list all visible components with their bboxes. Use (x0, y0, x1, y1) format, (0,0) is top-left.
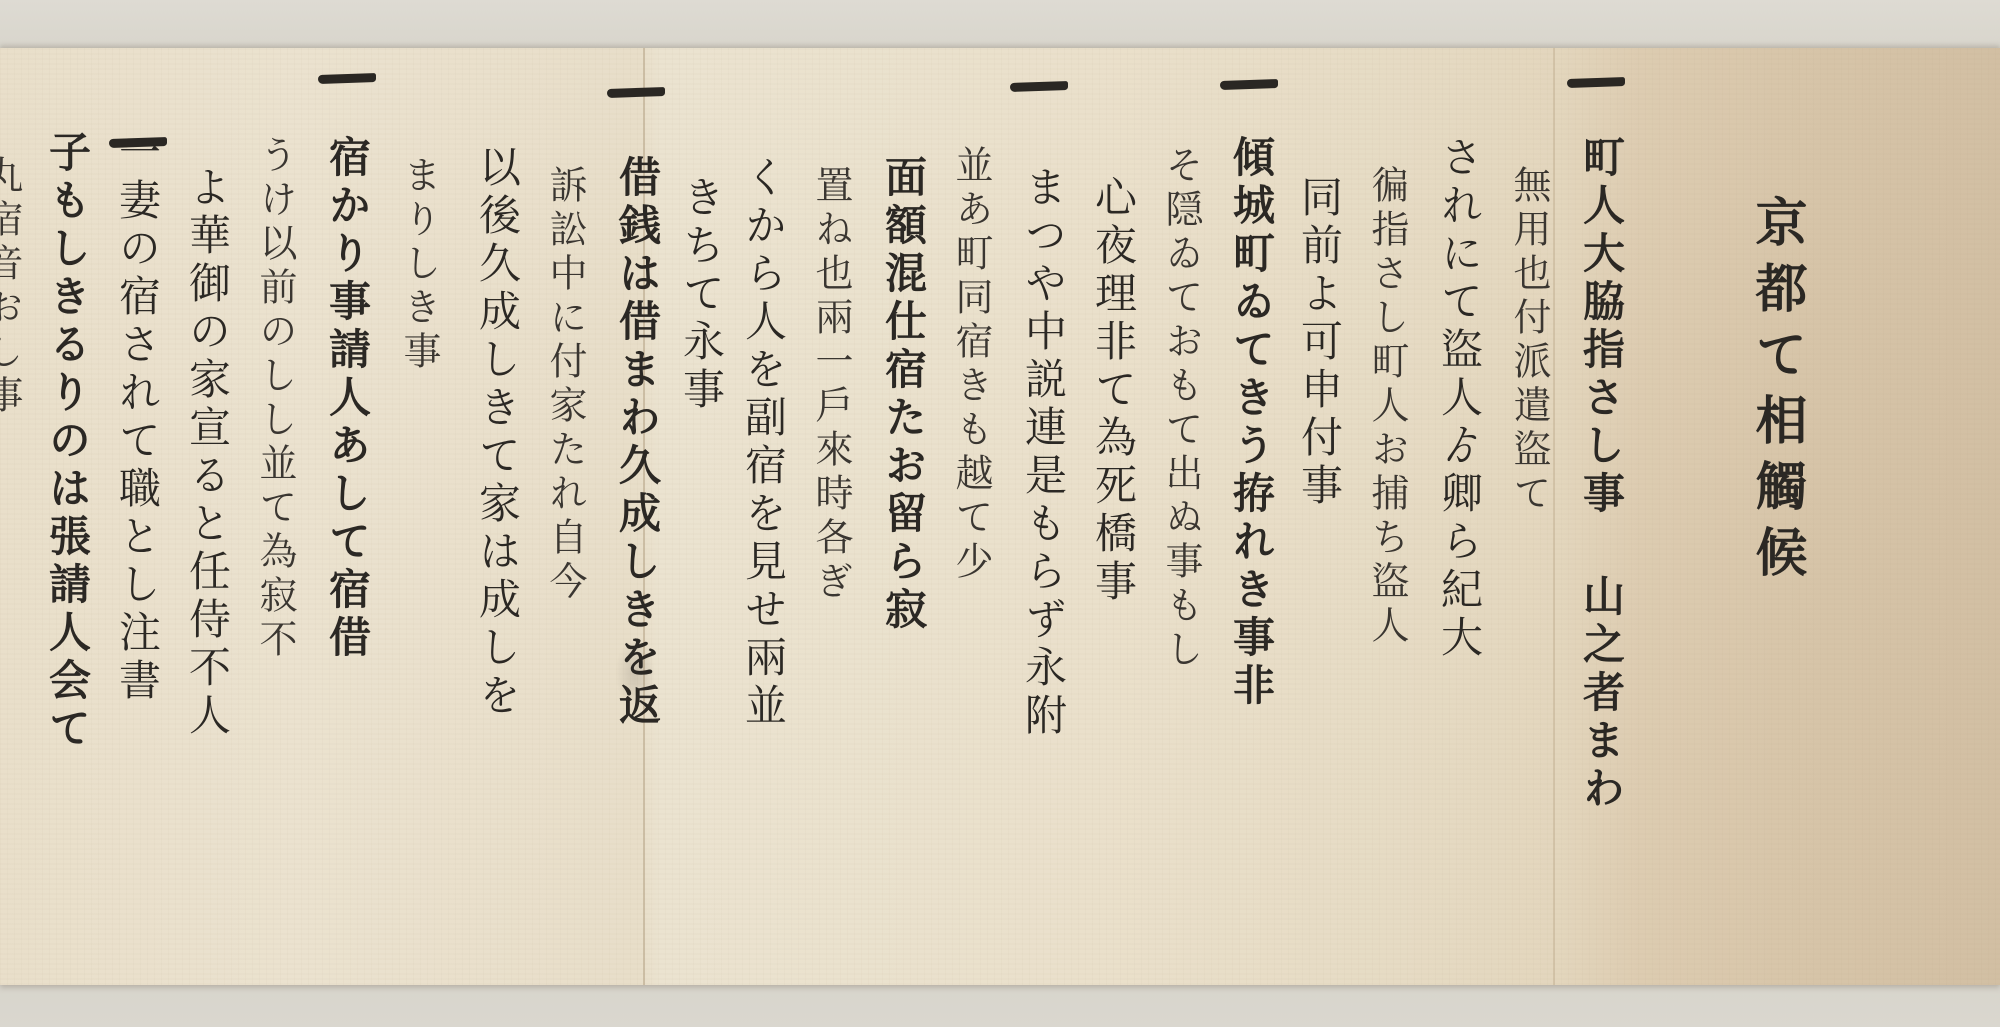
text-column: 一妻の宿されて職とし注書 (116, 130, 158, 706)
photo-background: 京都て相觸候町人大脇指さし事 山之者まわ無用也付派遣盜てされにて盜人ゟ卿ら紀大徧… (0, 0, 2000, 1027)
item-marker-ichi (1567, 77, 1625, 88)
paper-seam (1553, 48, 1555, 985)
text-column: まつや中説連是もらず永附 (1022, 165, 1064, 741)
text-column: 置ね也兩一戶來時各ぎ (812, 165, 850, 605)
text-column: 同前よ可申付事 (1298, 175, 1340, 511)
text-column: 借銭は借まわ久成しきを返 (616, 155, 658, 731)
text-column: くから人を副宿を見せ兩並 (742, 155, 784, 731)
text-column: 子もしきるりのは張請人会て (46, 130, 88, 754)
text-column: 心夜理非て為死橋事 (1092, 175, 1134, 607)
text-column: 宿かり事請人あして宿借 (326, 135, 368, 663)
text-column: 無用也付派遣盜て (1510, 165, 1548, 517)
text-column: 丸宿音おし事 (0, 155, 20, 419)
text-column: よ華御の家宣ると任侍不人 (186, 165, 228, 741)
text-column: 並あ町同宿きも越て少 (952, 145, 990, 585)
text-column: 訴訟中に付家たれ自今 (546, 165, 584, 605)
text-column: 傾城町ゐてきう拵れき事非 (1230, 135, 1272, 711)
item-marker-ichi (607, 87, 665, 98)
item-marker-ichi (318, 73, 376, 84)
text-column: 以後久成しきて家は成しを (476, 145, 518, 721)
item-marker-ichi (1010, 81, 1068, 92)
text-column: 町人大脇指さし事 山之者まわ (1580, 135, 1622, 814)
text-column: うけ以前のしし並て為寂不 (256, 135, 294, 663)
text-column: そ隠ゐておもて出ぬ事もし (1162, 145, 1200, 673)
text-column: されにて盜人ゟ卿ら紀大 (1438, 135, 1480, 663)
document-title: 京都て相觸候 (1750, 195, 1802, 591)
item-marker-ichi (1220, 79, 1278, 90)
text-column: 面額混仕宿たお留ら寂 (882, 155, 924, 635)
scroll-paper: 京都て相觸候町人大脇指さし事 山之者まわ無用也付派遣盜てされにて盜人ゟ卿ら紀大徧… (0, 48, 2000, 985)
text-column: まりしき事 (400, 155, 438, 375)
text-column: きちて永事 (680, 175, 722, 415)
text-column: 徧指さし町人お捕ち盜人 (1368, 165, 1406, 649)
